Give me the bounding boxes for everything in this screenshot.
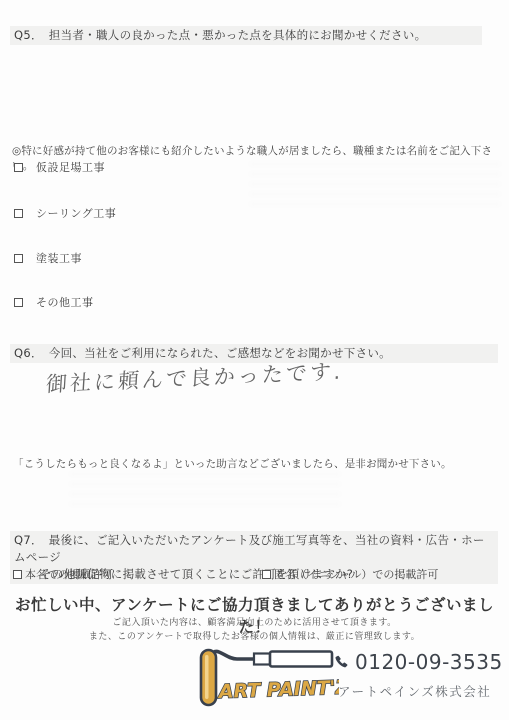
q5-label: Q5．: [14, 28, 43, 42]
q5-text: 担当者・職人の良かった点・悪かった点を具体的にお聞かせください。: [49, 28, 427, 42]
checkbox-other-work[interactable]: [14, 298, 23, 307]
q5-heading: Q5．担当者・職人の良かった点・悪かった点を具体的にお聞かせください。: [10, 26, 482, 45]
advice-answer-area[interactable]: [10, 474, 498, 526]
q7-label: Q7．: [14, 533, 43, 547]
work-type-row: その他工事: [14, 294, 94, 310]
privacy-note-1: ご記入頂いた内容は、顧客満足向上のために活用させて頂きます。: [0, 615, 509, 628]
company-name: アートペインズ株式会社: [338, 682, 491, 700]
work-type-row: 仮設足場工事: [14, 159, 105, 175]
company-logo: ART PAINT'Z: [197, 643, 339, 713]
checkbox-anonymous-permission[interactable]: [262, 570, 271, 579]
q6-answer-area[interactable]: [10, 365, 498, 450]
permission-label: 本名での掲載許可: [25, 566, 113, 582]
work-type-label: 塗装工事: [36, 250, 82, 266]
work-type-row: 塗装工事: [14, 250, 82, 266]
q6-label: Q6．: [14, 346, 43, 360]
phone-icon: [333, 654, 350, 671]
checkbox-sealing[interactable]: [14, 209, 23, 218]
checkbox-painting[interactable]: [14, 254, 23, 263]
advice-prompt: 「こうしたらもっと良くなるよ」といった助言などございましたら、是非お聞かせ下さい…: [13, 456, 452, 471]
phone-block: 0120-09-3535: [333, 650, 503, 674]
work-type-label: その他工事: [36, 294, 94, 310]
phone-number[interactable]: 0120-09-3535: [355, 650, 503, 674]
permission-option-real-name: 本名での掲載許可: [13, 566, 113, 582]
q5-answer-area[interactable]: [10, 48, 498, 138]
permission-option-anonymous: 匿名（イニシャル）での掲載許可: [262, 566, 438, 582]
q7-text-line1: 最後に、ご記入いただいたアンケート及び施工写真等を、当社の資料・広告・ホームペー…: [14, 533, 485, 564]
logo-wordmark: ART PAINT'Z: [216, 676, 339, 703]
privacy-note-2: また、このアンケートで取得したお客様の個人情報は、厳正に管理致します。: [0, 629, 509, 642]
work-type-label: シーリング工事: [36, 205, 116, 221]
paint-roller-icon: ART PAINT'Z: [197, 643, 339, 713]
survey-page: Q5．担当者・職人の良かった点・悪かった点を具体的にお聞かせください。 ◎特に好…: [0, 0, 509, 720]
permission-label: 匿名（イニシャル）での掲載許可: [274, 566, 438, 582]
work-type-label: 仮設足場工事: [36, 159, 105, 175]
work-type-row: シーリング工事: [14, 205, 116, 221]
checkbox-real-name-permission[interactable]: [13, 570, 22, 579]
checkbox-scaffolding[interactable]: [14, 163, 23, 172]
q7-line1: Q7．最後に、ご記入いただいたアンケート及び施工写真等を、当社の資料・広告・ホー…: [14, 532, 494, 566]
